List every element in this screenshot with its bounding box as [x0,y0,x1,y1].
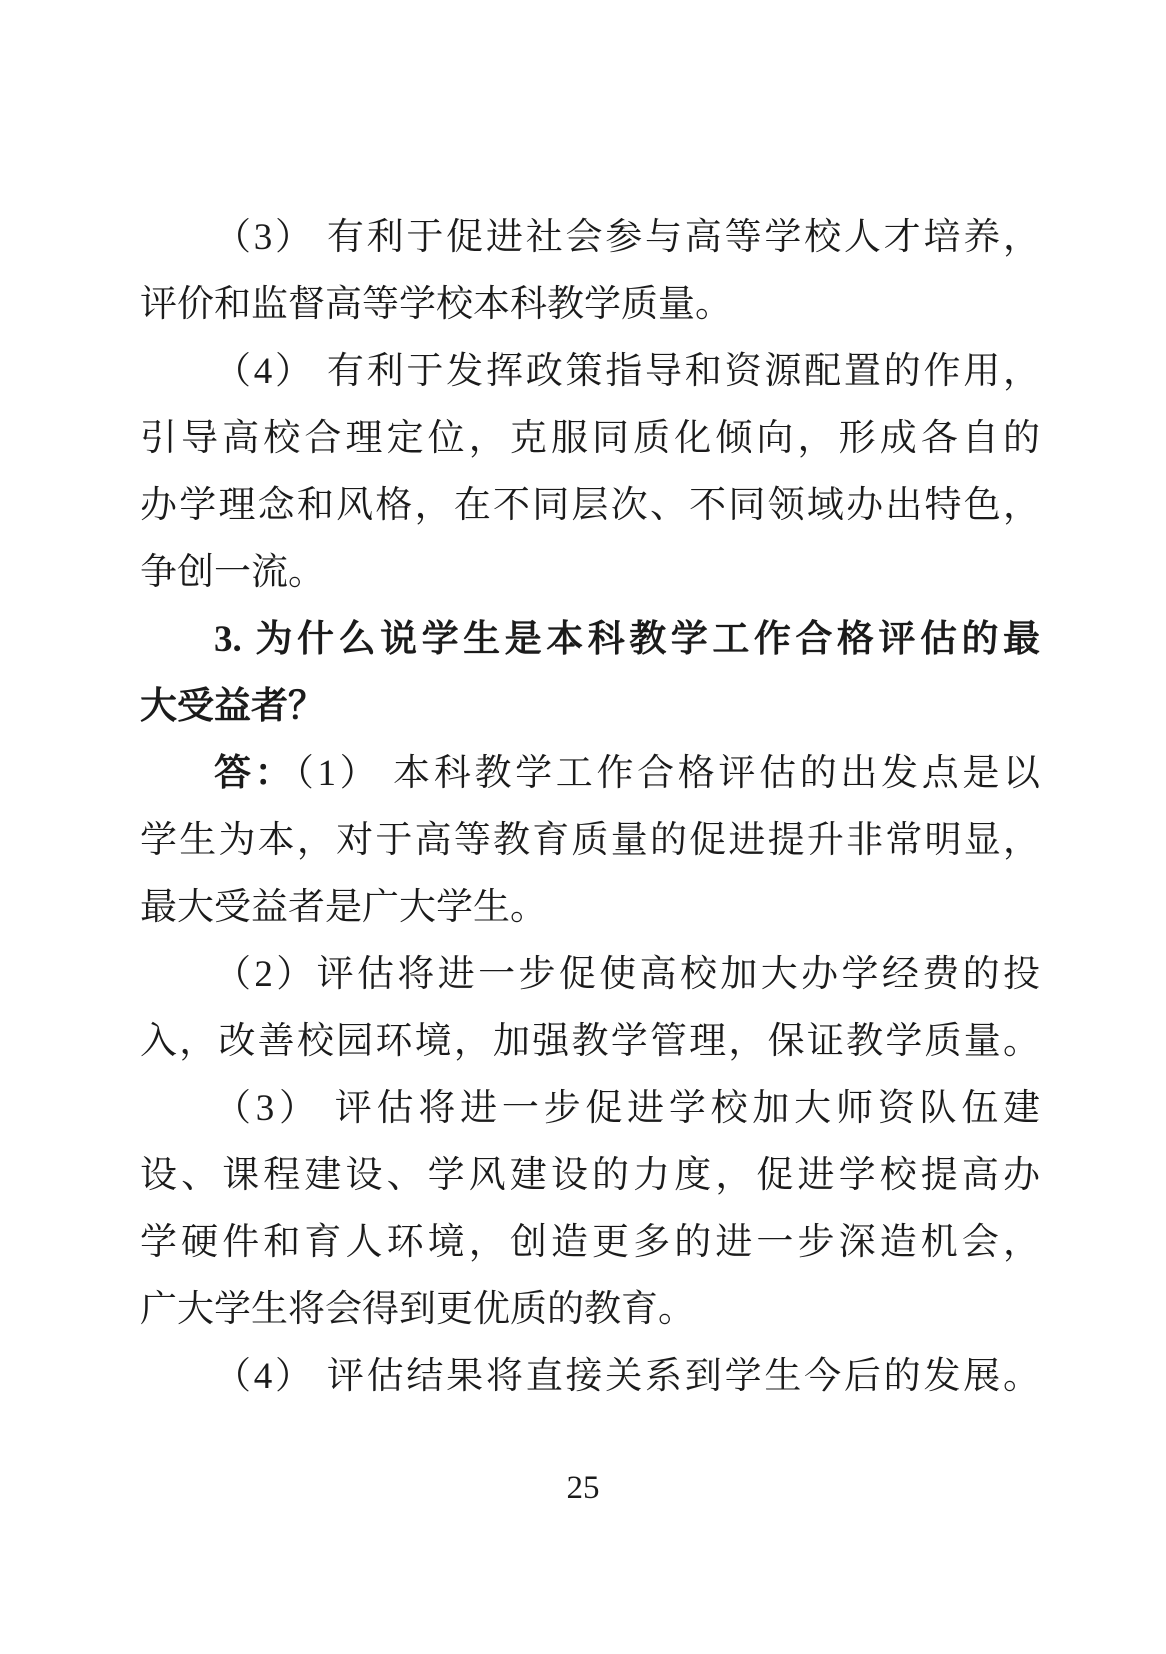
text-line: 设、课程建设、学风建设的力度，促进学校提高办 [140,1142,1040,1209]
heading-line: 大受益者？ [140,673,1040,740]
page-number: 25 [0,1466,1166,1510]
answer-label: 答： [214,753,295,794]
text-line: 引导高校合理定位，克服同质化倾向，形成各自的 [140,405,1040,472]
text-line: 学生为本，对于高等教育质量的促进提升非常明显， [140,807,1040,874]
text-line: 入，改善校园环境，加强教学管理，保证教学质量。 [140,1008,1040,1075]
text-line: 争创一流。 [140,539,1040,606]
text-line: 答：（1） 本科教学工作合格评估的出发点是以 [140,740,1040,807]
answer-text: （1） 本科教学工作合格评估的出发点是以 [295,753,1040,794]
text-line: 学硬件和育人环境，创造更多的进一步深造机会， [140,1209,1040,1276]
document-body: （3） 有利于促进社会参与高等学校人才培养， 评价和监督高等学校本科教学质量。 … [140,204,1040,1410]
text-line: 办学理念和风格，在不同层次、不同领域办出特色， [140,472,1040,539]
document-page: （3） 有利于促进社会参与高等学校人才培养， 评价和监督高等学校本科教学质量。 … [0,0,1166,1654]
heading-line: 3. 为什么说学生是本科教学工作合格评估的最 [140,606,1040,673]
text-line: （3） 评估将进一步促进学校加大师资队伍建 [140,1075,1040,1142]
text-line: （3） 有利于促进社会参与高等学校人才培养， [140,204,1040,271]
text-line: （4） 有利于发挥政策指导和资源配置的作用， [140,338,1040,405]
text-line: 广大学生将会得到更优质的教育。 [140,1276,1040,1343]
text-line: 最大受益者是广大学生。 [140,874,1040,941]
text-line: （4） 评估结果将直接关系到学生今后的发展。 [140,1343,1040,1410]
text-line: 评价和监督高等学校本科教学质量。 [140,271,1040,338]
text-line: （2）评估将进一步促使高校加大办学经费的投 [140,941,1040,1008]
